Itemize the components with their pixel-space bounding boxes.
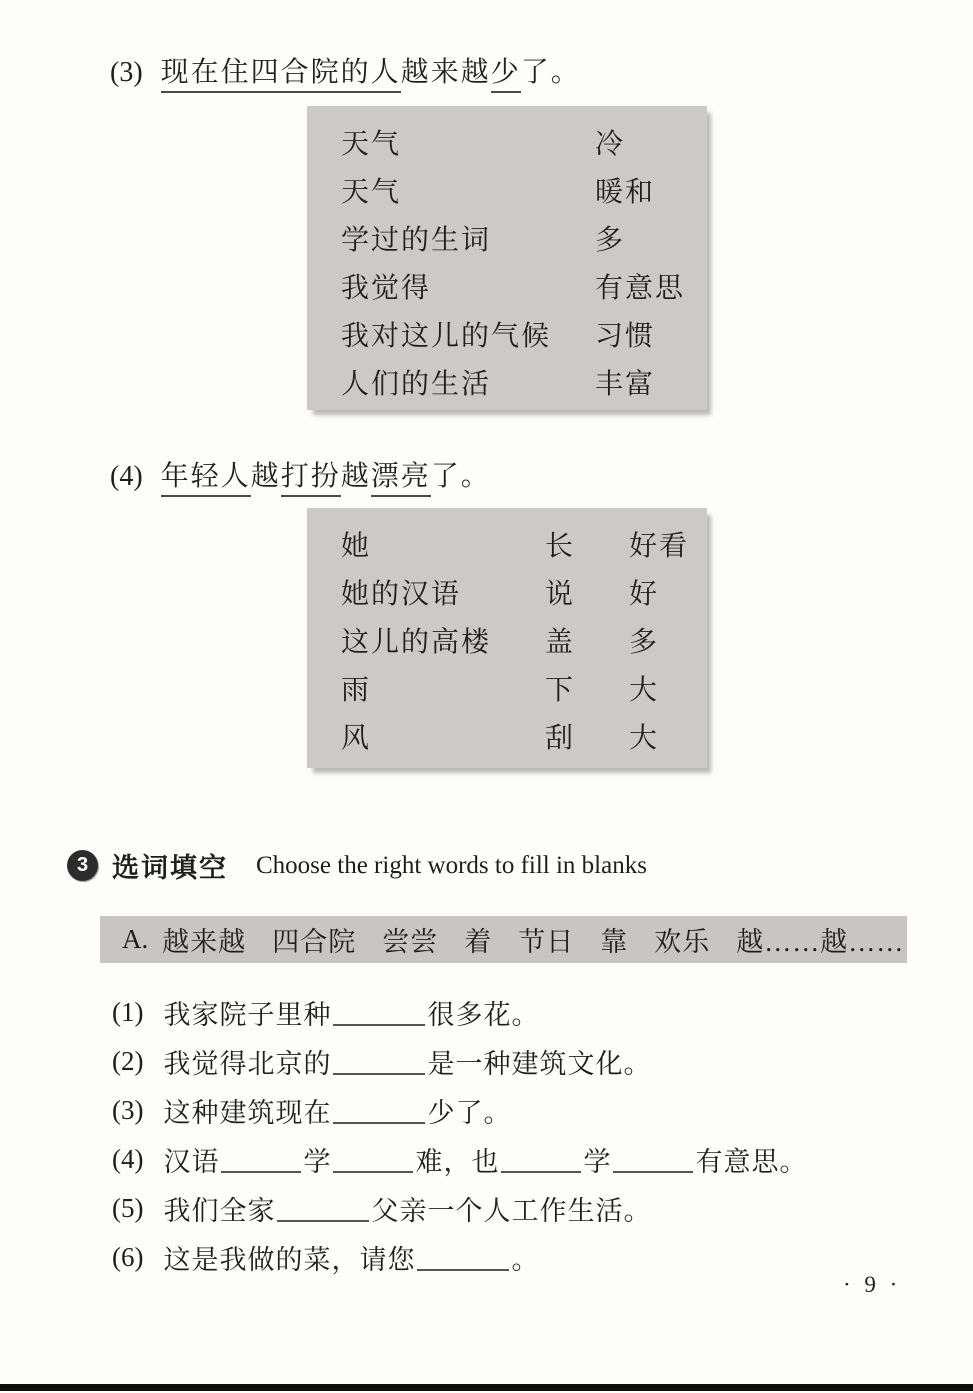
section-number-badge: 3 xyxy=(67,850,98,881)
exercise-text: 是一种建筑文化。 xyxy=(427,1042,651,1081)
drill-heading-3: (3)现在住四合院的人越来越少了。 xyxy=(110,50,581,90)
pair-right: 有意思 xyxy=(595,266,685,306)
underlined-phrase: 现在住四合院的人 xyxy=(161,57,401,93)
pair-subject: 风 xyxy=(307,716,545,756)
exercise-text: 这种建筑现在 xyxy=(163,1091,331,1130)
pair-row: 雨 下 大 xyxy=(307,664,707,712)
word-bank-word: 着 xyxy=(464,920,492,959)
exercise-number: (2) xyxy=(112,1046,143,1077)
blank-line xyxy=(333,1146,413,1173)
pair-left: 天气 xyxy=(307,170,595,210)
pair-subject: 她的汉语 xyxy=(307,572,545,612)
pair-row: 天气 冷 xyxy=(307,118,707,166)
pair-adj: 多 xyxy=(629,620,659,660)
pair-right: 多 xyxy=(595,218,625,258)
pair-left: 学过的生词 xyxy=(307,218,595,258)
pair-row: 这儿的高楼 盖 多 xyxy=(307,616,707,664)
pair-right: 冷 xyxy=(595,122,625,162)
underlined-phrase: 年轻人 xyxy=(161,461,251,497)
drill-heading-4: (4)年轻人越打扮越漂亮了。 xyxy=(110,454,491,494)
word-bank-word: 越来越 xyxy=(162,920,246,959)
pair-row: 风 刮 大 xyxy=(307,712,707,760)
pair-verb: 盖 xyxy=(545,620,629,660)
heading-text: 越 xyxy=(341,461,371,492)
exercise-text: 难，也 xyxy=(415,1140,499,1179)
pair-subject: 她 xyxy=(307,524,545,564)
exercise-line-2: (2)我觉得北京的是一种建筑文化。 xyxy=(112,1037,807,1086)
pair-right: 习惯 xyxy=(595,314,655,354)
exercise-text: 我们全家 xyxy=(163,1189,275,1228)
pair-adj: 好 xyxy=(629,572,659,612)
exercise-number: (4) xyxy=(112,1144,143,1175)
pair-adj: 大 xyxy=(629,716,659,756)
pair-row: 我觉得 有意思 xyxy=(307,262,707,310)
pair-verb: 下 xyxy=(545,668,629,708)
pair-left: 我觉得 xyxy=(307,266,595,306)
pair-row: 我对这儿的气候 习惯 xyxy=(307,310,707,358)
exercise-text: 学 xyxy=(583,1140,611,1179)
exercise-list: (1)我家院子里种很多花。 (2)我觉得北京的是一种建筑文化。 (3)这种建筑现… xyxy=(112,988,807,1282)
blank-line xyxy=(613,1146,693,1173)
underlined-phrase: 打扮 xyxy=(281,461,341,497)
exercise-text: 我觉得北京的 xyxy=(163,1042,331,1081)
pair-row: 她的汉语 说 好 xyxy=(307,568,707,616)
word-bank-word: 节日 xyxy=(518,920,574,959)
blank-line xyxy=(501,1146,581,1173)
bottom-rule xyxy=(0,1384,973,1391)
pair-row: 人们的生活 丰富 xyxy=(307,358,707,406)
blank-line xyxy=(221,1146,301,1173)
pair-subject: 这儿的高楼 xyxy=(307,620,545,660)
section-title-en: Choose the right words to fill in blanks xyxy=(256,852,647,880)
exercise-text: 这是我做的菜，请您 xyxy=(163,1238,415,1277)
word-bank-label: A. xyxy=(122,924,148,955)
word-bank-word: 欢乐 xyxy=(654,920,710,959)
section-header: 3 选词填空 Choose the right words to fill in… xyxy=(67,846,647,885)
heading-text: 了。 xyxy=(431,461,491,492)
exercise-line-4: (4)汉语学难，也学有意思。 xyxy=(112,1135,807,1184)
word-bank: A. 越来越 四合院 尝尝 着 节日 靠 欢乐 越……越…… xyxy=(100,916,907,963)
blank-line xyxy=(277,1195,369,1222)
blank-line xyxy=(417,1244,509,1271)
word-bank-word: 四合院 xyxy=(272,920,356,959)
pair-left: 天气 xyxy=(307,122,595,162)
exercise-number: (6) xyxy=(112,1242,143,1273)
exercise-line-3: (3)这种建筑现在少了。 xyxy=(112,1086,807,1135)
exercise-text: 父亲一个人工作生活。 xyxy=(371,1189,651,1228)
pair-right: 丰富 xyxy=(595,362,655,402)
exercise-text: 很多花。 xyxy=(427,993,539,1032)
exercise-line-1: (1)我家院子里种很多花。 xyxy=(112,988,807,1037)
word-bank-word: 靠 xyxy=(600,920,628,959)
heading-text: 了。 xyxy=(521,57,581,88)
exercise-line-5: (5)我们全家父亲一个人工作生活。 xyxy=(112,1184,807,1233)
substitution-box-1: 天气 冷 天气 暖和 学过的生词 多 我觉得 有意思 我对这儿的气候 习惯 人们… xyxy=(307,106,707,410)
item-number: (4) xyxy=(110,461,143,492)
exercise-text: 学 xyxy=(303,1140,331,1179)
underlined-phrase: 漂亮 xyxy=(371,461,431,497)
underlined-phrase: 少 xyxy=(491,57,521,93)
pair-verb: 刮 xyxy=(545,716,629,756)
exercise-number: (1) xyxy=(112,997,143,1028)
word-bank-word: 越……越…… xyxy=(736,920,904,959)
pair-adj: 大 xyxy=(629,668,659,708)
workbook-page: (3)现在住四合院的人越来越少了。 天气 冷 天气 暖和 学过的生词 多 我觉得… xyxy=(0,0,973,1393)
pair-subject: 雨 xyxy=(307,668,545,708)
substitution-box-2: 她 长 好看 她的汉语 说 好 这儿的高楼 盖 多 雨 下 大 风 刮 大 xyxy=(307,508,707,768)
heading-text: 越来越 xyxy=(401,57,491,88)
pair-row: 她 长 好看 xyxy=(307,520,707,568)
heading-text: 越 xyxy=(251,461,281,492)
page-number: · 9 · xyxy=(843,1272,901,1298)
exercise-text: 汉语 xyxy=(163,1140,219,1179)
pair-verb: 说 xyxy=(545,572,629,612)
blank-line xyxy=(333,999,425,1026)
item-number: (3) xyxy=(110,57,143,88)
exercise-text: 有意思。 xyxy=(695,1140,807,1179)
pair-row: 天气 暖和 xyxy=(307,166,707,214)
exercise-line-6: (6)这是我做的菜，请您。 xyxy=(112,1233,807,1282)
exercise-number: (3) xyxy=(112,1095,143,1126)
section-title-cn: 选词填空 xyxy=(112,846,228,885)
pair-left: 我对这儿的气候 xyxy=(307,314,595,354)
pair-row: 学过的生词 多 xyxy=(307,214,707,262)
word-bank-word: 尝尝 xyxy=(382,920,438,959)
exercise-text: 。 xyxy=(511,1238,539,1277)
exercise-number: (5) xyxy=(112,1193,143,1224)
exercise-text: 我家院子里种 xyxy=(163,993,331,1032)
blank-line xyxy=(333,1048,425,1075)
exercise-text: 少了。 xyxy=(427,1091,511,1130)
pair-verb: 长 xyxy=(545,524,629,564)
blank-line xyxy=(333,1097,425,1124)
pair-adj: 好看 xyxy=(629,524,689,564)
pair-left: 人们的生活 xyxy=(307,362,595,402)
pair-right: 暖和 xyxy=(595,170,655,210)
